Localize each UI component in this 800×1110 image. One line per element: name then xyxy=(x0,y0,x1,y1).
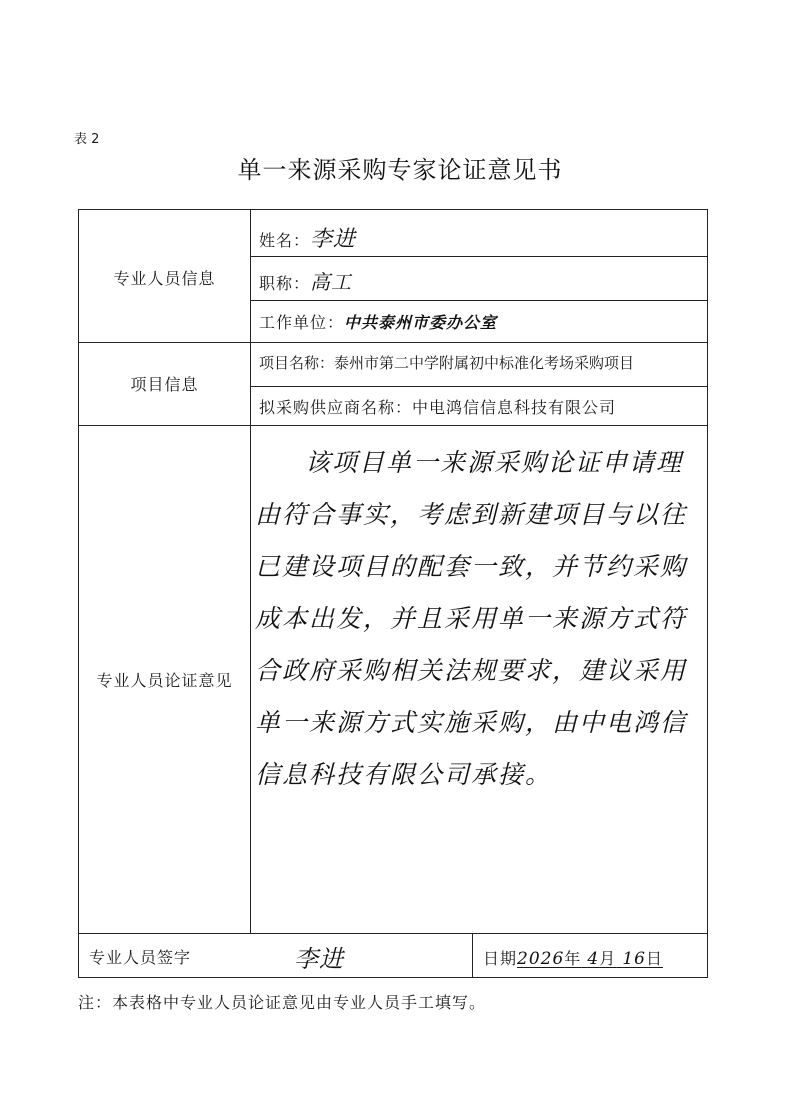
expert-opinion-form-table: 专业人员信息 姓名：李进 职称：高工 工作单位：中共泰州市委办公室 项目信息 项… xyxy=(78,209,708,978)
opinion-handwritten-text: 该项目单一来源采购论证申请理由符合事实，考虑到新建项目与以往已建设项目的配套一致… xyxy=(255,437,701,801)
title-label: 职称： xyxy=(259,274,310,293)
section-divider xyxy=(79,342,707,343)
opinion-cell: 该项目单一来源采购论证申请理由符合事实，考虑到新建项目与以往已建设项目的配套一致… xyxy=(79,425,707,933)
date-day-unit: 日 xyxy=(646,949,663,968)
employer-field: 工作单位：中共泰州市委办公室 xyxy=(259,310,497,333)
section-divider xyxy=(79,933,707,934)
date-day: 16 xyxy=(622,949,646,969)
employer-label: 工作单位： xyxy=(259,313,344,332)
name-label: 姓名： xyxy=(259,231,310,250)
project-info-label: 项目信息 xyxy=(79,372,250,395)
name-field: 姓名：李进 xyxy=(259,222,356,253)
date-month-unit: 月 xyxy=(599,949,616,968)
date-field: 日期2026年 4月 16日 xyxy=(483,946,663,969)
supplier-value: 中电鸿信信息科技有限公司 xyxy=(412,398,616,417)
supplier-field: 拟采购供应商名称：中电鸿信信息科技有限公司 xyxy=(259,395,616,418)
date-month: 4 xyxy=(587,949,599,969)
name-handwritten-value: 李进 xyxy=(310,227,356,252)
project-name-value: 泰州市第二中学附属初中标准化考场采购项目 xyxy=(334,354,634,372)
expert-info-label: 专业人员信息 xyxy=(79,266,250,289)
document-title: 单一来源采购专家论证意见书 xyxy=(0,150,800,185)
row-divider xyxy=(250,386,707,387)
date-label: 日期 xyxy=(483,949,517,968)
table-number: 表 2 xyxy=(74,128,99,147)
signature-label: 专业人员签字 xyxy=(89,945,191,968)
title-handwritten-value: 高工 xyxy=(310,270,352,294)
project-name-label: 项目名称： xyxy=(259,354,334,372)
date-value: 2026年 4月 16日 xyxy=(517,949,663,968)
row-divider xyxy=(250,300,707,301)
title-field: 职称：高工 xyxy=(259,266,352,295)
signature-handwritten-value: 李进 xyxy=(294,939,344,974)
date-year-unit: 年 xyxy=(564,949,581,968)
signature-date-divider xyxy=(472,933,473,977)
footnote: 注：本表格中专业人员论证意见由专业人员手工填写。 xyxy=(78,990,486,1013)
row-divider xyxy=(250,256,707,257)
employer-handwritten-value: 中共泰州市委办公室 xyxy=(344,313,497,332)
project-name-field: 项目名称：泰州市第二中学附属初中标准化考场采购项目 xyxy=(259,352,634,373)
date-year: 2026 xyxy=(517,949,564,969)
supplier-label: 拟采购供应商名称： xyxy=(259,398,412,417)
